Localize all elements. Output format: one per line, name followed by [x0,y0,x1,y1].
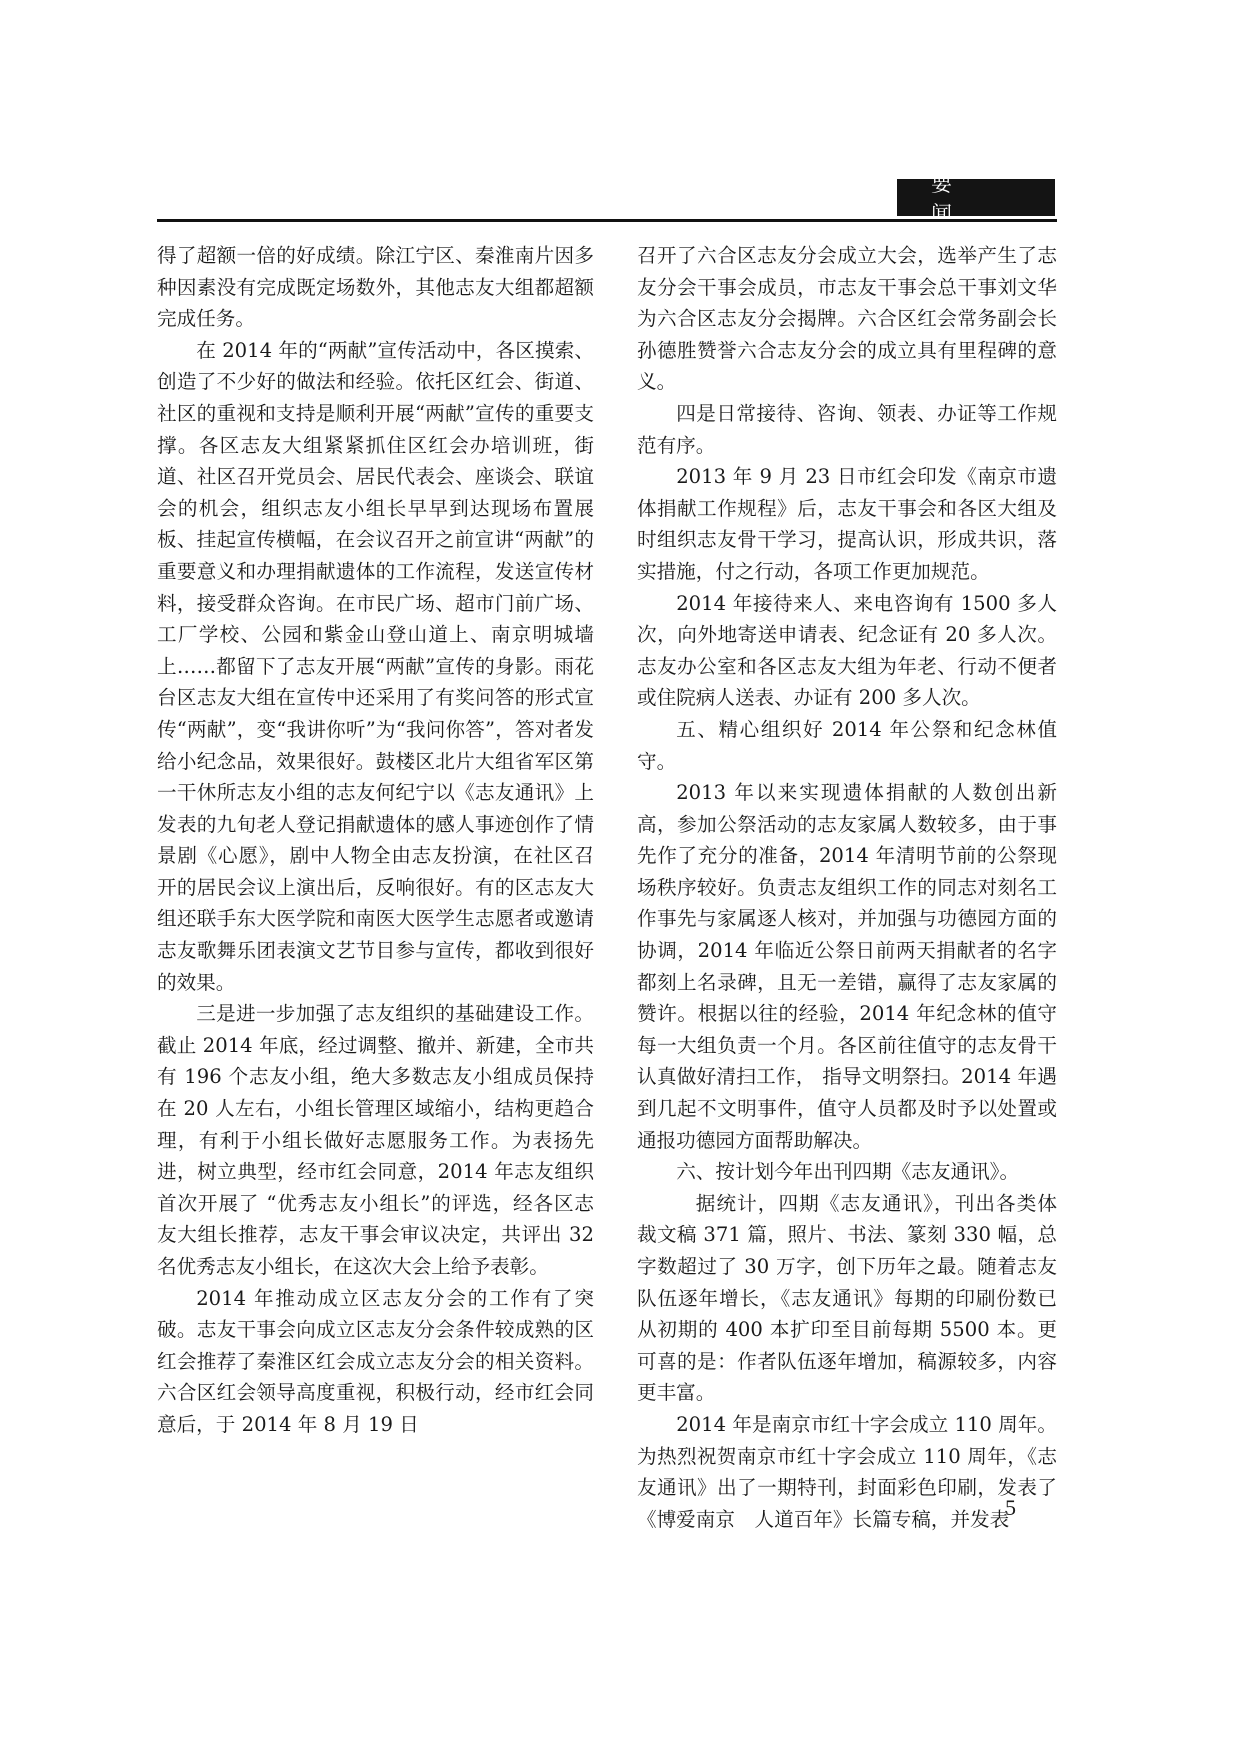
section-heading: 四是日常接待、咨询、领表、办证等工作规范有序。 [637,398,1057,461]
section-tag: 要 闻 [897,179,1055,216]
paragraph: 2014 年接待来人、来电咨询有 1500 多人次，向外地寄送申请表、纪念证有 … [637,588,1057,714]
section-heading: 六、按计划今年出刊四期《志友通讯》。 [637,1156,1057,1188]
paragraph: 召开了六合区志友分会成立大会，选举产生了志友分会干事会成员，市志友干事会总干事刘… [637,240,1057,398]
paragraph: 在 2014 年的“两献”宣传活动中，各区摸索、创造了不少好的做法和经验。依托区… [157,335,594,998]
header-rule [157,219,1057,222]
paragraph: 得了超额一倍的好成绩。除江宁区、秦淮南片因多种因素没有完成既定场数外，其他志友大… [157,240,594,335]
section-heading: 五、精心组织好 2014 年公祭和纪念林值守。 [637,714,1057,777]
paragraph: 据统计，四期《志友通讯》，刊出各类体裁文稿 371 篇，照片、书法、篆刻 330… [637,1188,1057,1409]
left-column: 得了超额一倍的好成绩。除江宁区、秦淮南片因多种因素没有完成既定场数外，其他志友大… [157,240,594,1441]
paragraph: 三是进一步加强了志友组织的基础建设工作。截止 2014 年底，经过调整、撤并、新… [157,998,594,1282]
paragraph: 2014 年是南京市红十字会成立 110 周年。为热烈祝贺南京市红十字会成立 1… [637,1409,1057,1535]
right-column: 召开了六合区志友分会成立大会，选举产生了志友分会干事会成员，市志友干事会总干事刘… [637,240,1057,1535]
paragraph: 2014 年推动成立区志友分会的工作有了突破。志友干事会向成立区志友分会条件较成… [157,1283,594,1441]
paragraph: 2013 年 9 月 23 日市红会印发《南京市遗体捐献工作规程》后，志友干事会… [637,461,1057,587]
page-number: 5 [1005,1495,1016,1521]
paragraph: 2013 年以来实现遗体捐献的人数创出新高，参加公祭活动的志友家属人数较多，由于… [637,777,1057,1156]
